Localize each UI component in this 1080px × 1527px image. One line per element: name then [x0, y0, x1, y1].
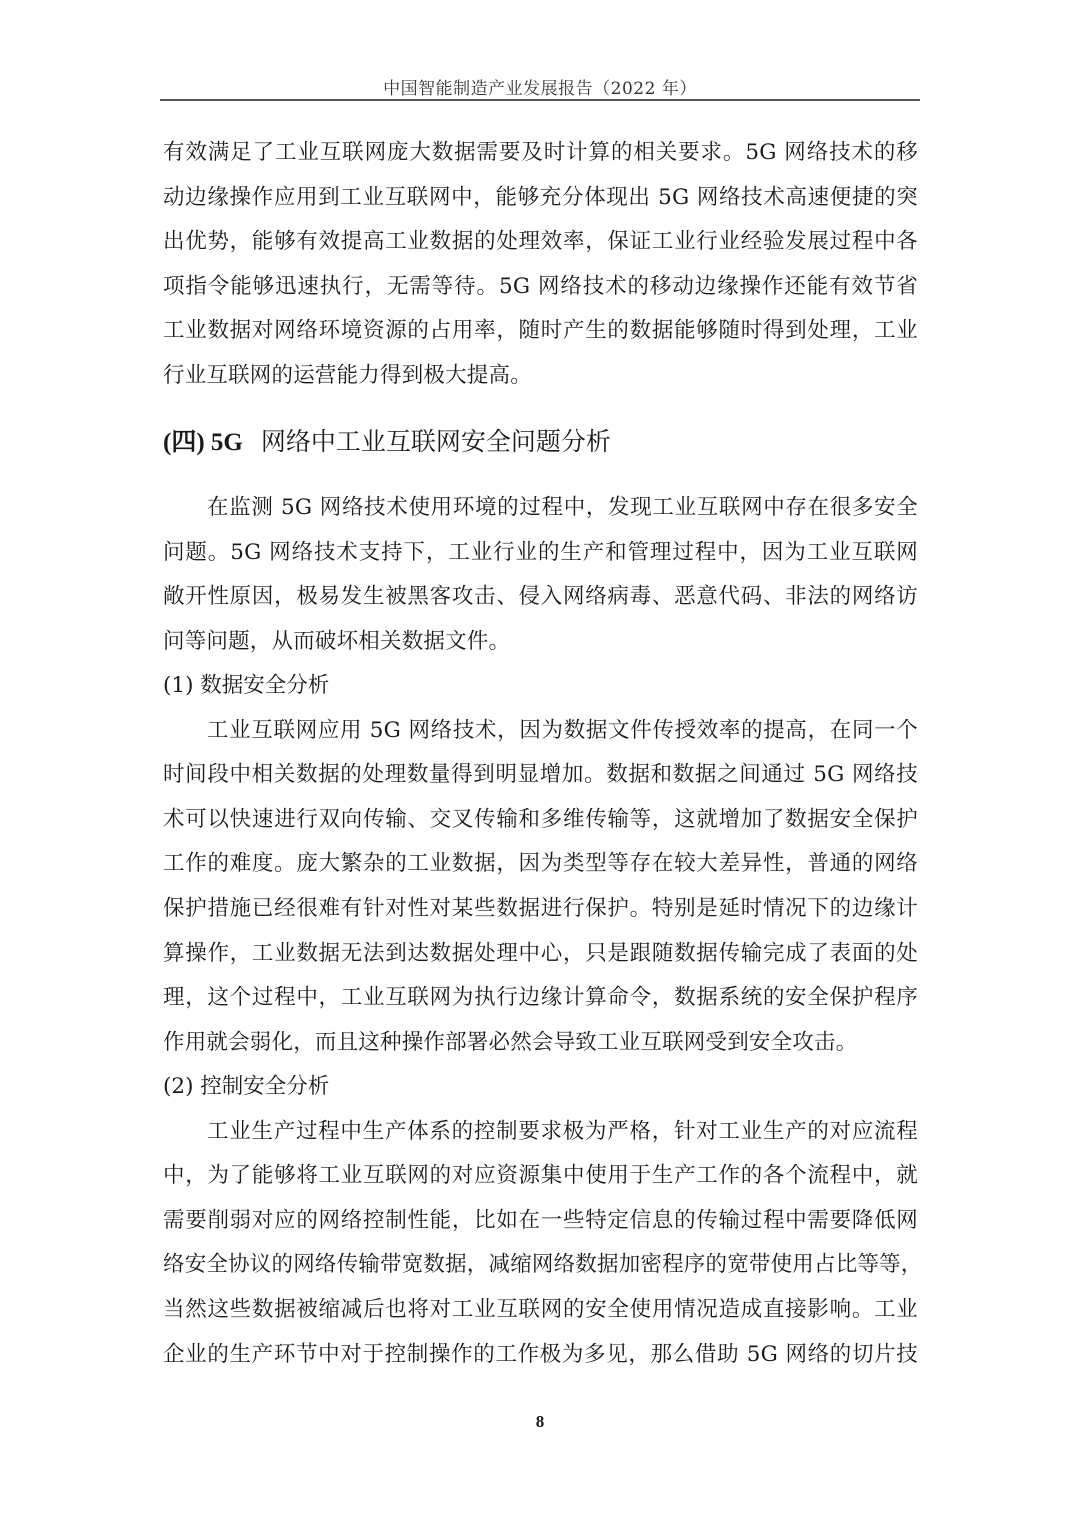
text-line: 络安全协议的网络传输带宽数据，减缩网络数据加密程序的宽带使用占比等等，	[163, 1243, 918, 1288]
section-title: 网络中工业互联网安全问题分析	[261, 427, 611, 456]
text-line: 行业互联网的运营能力得到极大提高。	[163, 354, 918, 399]
header-rule	[160, 99, 920, 101]
text-line: 作用就会弱化，而且这种操作部署必然会导致工业互联网受到安全攻击。	[163, 1021, 918, 1066]
text-line: 术可以快速进行双向传输、交叉传输和多维传输等，这就增加了数据安全保护	[163, 798, 918, 843]
page-number: 8	[0, 1412, 1080, 1432]
subsection-heading: (1) 数据安全分析	[163, 664, 918, 709]
text-line: 需要削弱对应的网络控制性能，比如在一些特定信息的传输过程中需要降低网	[163, 1199, 918, 1244]
text-line: 时间段中相关数据的处理数量得到明显增加。数据和数据之间通过 5G 网络技	[163, 753, 918, 798]
subsection-control-security: (2) 控制安全分析 工业生产过程中生产体系的控制要求极为严格，针对工业生产的对…	[163, 1065, 918, 1377]
section-number: (四) 5G	[163, 429, 243, 456]
text-line: 在监测 5G 网络技术使用环境的过程中，发现工业互联网中存在很多安全	[163, 486, 918, 531]
text-line: 工业互联网应用 5G 网络技术，因为数据文件传授效率的提高，在同一个	[163, 709, 918, 754]
text-line: 当然这些数据被缩减后也将对工业互联网的安全使用情况造成直接影响。工业	[163, 1288, 918, 1333]
text-line: 项指令能够迅速执行，无需等待。5G 网络技术的移动边缘操作还能有效节省	[163, 265, 918, 310]
text-line: 保护措施已经很难有针对性对某些数据进行保护。特别是延时情况下的边缘计	[163, 887, 918, 932]
intro-paragraph: 有效满足了工业互联网庞大数据需要及时计算的相关要求。5G 网络技术的移 动边缘操…	[163, 131, 918, 399]
text-line: 问等问题，从而破坏相关数据文件。	[163, 620, 918, 665]
text-line: 敞开性原因，极易发生被黑客攻击、侵入网络病毒、恶意代码、非法的网络访	[163, 575, 918, 620]
section-heading: (四) 5G 网络中工业互联网安全问题分析	[163, 420, 611, 465]
text-line: 理，这个过程中，工业互联网为执行边缘计算命令，数据系统的安全保护程序	[163, 976, 918, 1021]
text-line: 动边缘操作应用到工业互联网中，能够充分体现出 5G 网络技术高速便捷的突	[163, 176, 918, 221]
subsection-heading: (2) 控制安全分析	[163, 1065, 918, 1110]
text-line: 算操作，工业数据无法到达数据处理中心，只是跟随数据传输完成了表面的处	[163, 932, 918, 977]
text-line: 出优势，能够有效提高工业数据的处理效率，保证工业行业经验发展过程中各	[163, 220, 918, 265]
text-line: 中，为了能够将工业互联网的对应资源集中使用于生产工作的各个流程中，就	[163, 1154, 918, 1199]
section-intro-paragraph: 在监测 5G 网络技术使用环境的过程中，发现工业互联网中存在很多安全 问题。5G…	[163, 486, 918, 664]
page-header: 中国智能制造产业发展报告（2022 年）	[160, 74, 920, 99]
text-line: 问题。5G 网络技术支持下，工业行业的生产和管理过程中，因为工业互联网	[163, 531, 918, 576]
text-line: 企业的生产环节中对于控制操作的工作极为多见，那么借助 5G 网络的切片技	[163, 1333, 918, 1378]
text-line: 工业数据对网络环境资源的占用率，随时产生的数据能够随时得到处理，工业	[163, 309, 918, 354]
text-line: 工作的难度。庞大繁杂的工业数据，因为类型等存在较大差异性，普通的网络	[163, 842, 918, 887]
subsection-data-security: (1) 数据安全分析 工业互联网应用 5G 网络技术，因为数据文件传授效率的提高…	[163, 664, 918, 1065]
text-line: 工业生产过程中生产体系的控制要求极为严格，针对工业生产的对应流程	[163, 1110, 918, 1155]
text-line: 有效满足了工业互联网庞大数据需要及时计算的相关要求。5G 网络技术的移	[163, 131, 918, 176]
